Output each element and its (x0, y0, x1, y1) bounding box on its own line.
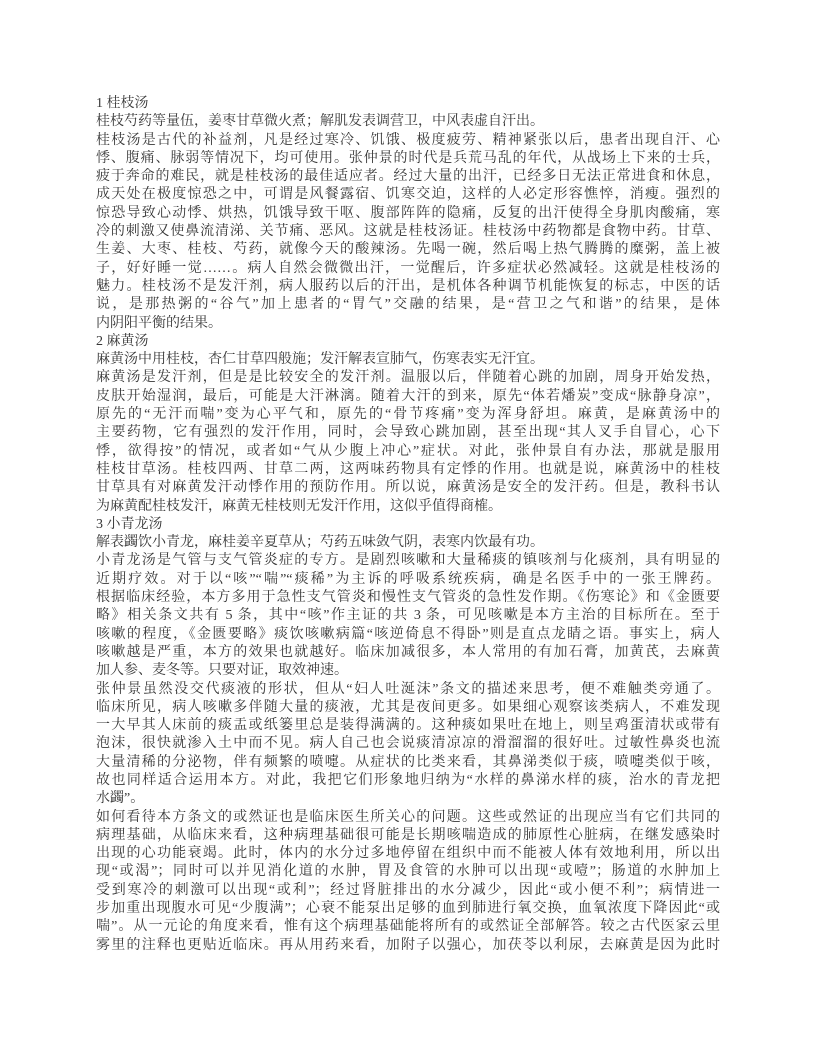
text-line: 原先的“无汗而喘”变为心平气和，原先的“骨节疼痛”变为浑身舒坦。麻黄，是麻黄汤中… (96, 406, 720, 424)
text-line: 根据临床经验，本方多用于急性支气管炎和慢性支气管炎的急性发作期。《伤寒论》和《金… (96, 589, 720, 607)
text-line: 泡沫，很快就渗入土中而不见。病人自己也会说痰清凉凉的滑溜溜的很好吐。过敏性鼻炎也… (96, 735, 720, 753)
text-line: 一大早其人床前的痰盂或纸篓里总是装得满满的。这种痰如果吐在地上，则呈鸡蛋清状或带… (96, 717, 720, 735)
text-line: 咳嗽的程度，《金匮要略》痰饮咳嗽病篇“咳逆倚息不得卧”则是直点龙睛之语。事实上，… (96, 626, 720, 644)
text-line: 疲于奔命的难民，就是桂枝汤的最佳适应者。经过大量的出汗，已经多日无法正常进食和休… (96, 168, 720, 186)
text-line: 雾里的注释也更贴近临床。再从用药来看，加附子以强心，加茯苓以利尿，去麻黄是因为此… (96, 937, 720, 955)
text-line: 桂枝汤是古代的补益剂，凡是经过寒冷、饥饿、极度疲劳、精神紧张以后，患者出现自汗、… (96, 132, 720, 150)
formula-verse: 桂枝芍药等量伍，姜枣甘草微火煮；解肌发表调营卫，中风表虚自汗出。 (96, 113, 720, 131)
section-mahuangtang: 2 麻黄汤 麻黄汤中用桂枝，杏仁甘草四般施；发汗解表宣肺气，伤寒表实无汗宜。 麻… (96, 333, 720, 516)
text-line: 魅力。桂枝汤不是发汗剂，病人服药以后的汗出，是机体各种调节机能恢复的标志，中医的… (96, 278, 720, 296)
text-line: 受到寒冷的刺激可以出现“或利”；经过肾脏排出的水分减少，因此“或小便不利”；病情… (96, 882, 720, 900)
text-line: 为麻黄配桂枝发汗，麻黄无桂枝则无发汗作用，这似乎值得商榷。 (96, 498, 720, 516)
section-paragraphs: 麻黄汤是发汗剂，但是是比较安全的发汗剂。温服以后，伴随着心跳的加剧，周身开始发热… (96, 369, 720, 515)
text-line: 现“或渴”；同时可以并见消化道的水肿，胃及食管的水肿可以出现“或噎”；肠道的水肿… (96, 863, 720, 881)
text-line: 冷的刺激又使鼻流清涕、关节痛、恶风。这就是桂枝汤证。桂枝汤中药物都是食物中药。甘… (96, 223, 720, 241)
text-line: 子，好好睡一觉……。病人自然会微微出汗，一觉醒后，许多症状必然减轻。这就是桂枝汤… (96, 260, 720, 278)
section-guizhitang: 1 桂枝汤 桂枝芍药等量伍，姜枣甘草微火煮；解肌发表调营卫，中风表虚自汗出。 桂… (96, 95, 720, 333)
text-line: 张仲景虽然没交代痰液的形状，但从“妇人吐涎沫”条文的描述来思考，便不难触类旁通了… (96, 681, 720, 699)
text-line: 悸、腹痛、脉弱等情况下，均可使用。张仲景的时代是兵荒马乱的年代，从战场上下来的士… (96, 150, 720, 168)
text-line: 水蠲”。 (96, 790, 720, 808)
text-line: 说，是那热粥的“谷气”加上患者的“胃气”交融的结果，是“营卫之气和谐”的结果，是… (96, 296, 720, 314)
text-line: 步加重出现腹水可见“少腹满”；心衰不能泵出足够的血到肺进行氧交换，血氧浓度下降因… (96, 900, 720, 918)
text-line: 咳嗽越是严重，本方的效果也就越好。临床加减很多，本人常用的有加石膏，加黄芪，去麻… (96, 644, 720, 662)
section-heading: 2 麻黄汤 (96, 333, 720, 351)
text-line: 近期疗效。对于以“咳”“喘”“痰稀”为主诉的呼吸系统疾病，确是名医手中的一张王牌… (96, 571, 720, 589)
formula-verse: 解表蠲饮小青龙，麻桂姜辛夏草从；芍药五味敛气阴，表寒内饮最有功。 (96, 534, 720, 552)
text-line: 生姜、大枣、桂枝、芍药，就像今天的酸辣汤。先喝一碗，然后喝上热气腾腾的糜粥，盖上… (96, 241, 720, 259)
text-line: 故也同样适合运用本方。对此，我把它们形象地归纳为“水样的鼻涕水样的痰，治水的青龙… (96, 772, 720, 790)
text-line: 成天处在极度惊恐之中，可谓是风餐露宿、饥寒交迫，这样的人必定形容憔悴，消瘦。强烈… (96, 186, 720, 204)
text-line: 甘草具有对麻黄发汗动悸作用的预防作用。所以说，麻黄汤是安全的发汗药。但是，教科书… (96, 479, 720, 497)
text-line: 加人参、麦冬等。只要对证，取效神速。 (96, 662, 720, 680)
text-line: 悸，欲得按”的情况，或者如“气从少腹上冲心”症状。对此，张仲景自有办法，那就是服… (96, 443, 720, 461)
text-line: 内阴阳平衡的结果。 (96, 315, 720, 333)
text-line: 桂枝甘草汤。桂枝四两、甘草二两，这两味药物具有定悸的作用。也就是说，麻黄汤中的桂… (96, 461, 720, 479)
text-line: 皮肤开始湿润，最后，可能是大汗淋漓。随着大汗的到来，原先“体若燔炭”变成“脉静身… (96, 388, 720, 406)
text-line: 略》相关条文共有 5 条，其中“咳”作主证的共 3 条，可见咳嗽是本方主治的目标… (96, 607, 720, 625)
section-xiaoqinglongtang: 3 小青龙汤 解表蠲饮小青龙，麻桂姜辛夏草从；芍药五味敛气阴，表寒内饮最有功。 … (96, 516, 720, 955)
text-line: 喘”。从一元论的角度来看，惟有这个病理基础能将所有的或然证全部解答。较之古代医家… (96, 918, 720, 936)
text-line: 主要药物，它有强烈的发汗作用，同时，会导致心跳加剧，甚至出现“其人叉手自冒心，心… (96, 424, 720, 442)
section-paragraphs: 桂枝汤是古代的补益剂，凡是经过寒冷、饥饿、极度疲劳、精神紧张以后，患者出现自汗、… (96, 132, 720, 333)
text-line: 病理基础，从临床来看，这种病理基础很可能是长期咳喘造成的肺原性心脏病，在继发感染… (96, 827, 720, 845)
text-line: 小青龙汤是气管与支气管炎症的专方。是剧烈咳嗽和大量稀痰的镇咳剂与化痰剂，具有明显… (96, 552, 720, 570)
text-line: 麻黄汤是发汗剂，但是是比较安全的发汗剂。温服以后，伴随着心跳的加剧，周身开始发热… (96, 369, 720, 387)
text-line: 临床所见，病人咳嗽多伴随大量的痰液，尤其是夜间更多。如果细心观察该类病人，不难发… (96, 699, 720, 717)
text-line: 如何看待本方条文的或然证也是临床医生所关心的问题。这些或然证的出现应当有它们共同… (96, 809, 720, 827)
formula-verse: 麻黄汤中用桂枝，杏仁甘草四般施；发汗解表宣肺气，伤寒表实无汗宜。 (96, 351, 720, 369)
text-line: 惊恐导致心动悸、烘热，饥饿导致干呕、腹部阵阵的隐痛，反复的出汗使得全身肌肉酸痛，… (96, 205, 720, 223)
document-page: 1 桂枝汤 桂枝芍药等量伍，姜枣甘草微火煮；解肌发表调营卫，中风表虚自汗出。 桂… (0, 0, 816, 1056)
section-heading: 3 小青龙汤 (96, 516, 720, 534)
section-heading: 1 桂枝汤 (96, 95, 720, 113)
section-paragraphs: 小青龙汤是气管与支气管炎症的专方。是剧烈咳嗽和大量稀痰的镇咳剂与化痰剂，具有明显… (96, 552, 720, 955)
text-line: 大量清稀的分泌物，伴有频繁的喷嚏。从症状的比类来看，其鼻涕类似于痰，喷嚏类似于咳… (96, 754, 720, 772)
text-line: 出现的心功能衰竭。此时，体内的水分过多地停留在组织中而不能被人体有效地利用，所以… (96, 845, 720, 863)
